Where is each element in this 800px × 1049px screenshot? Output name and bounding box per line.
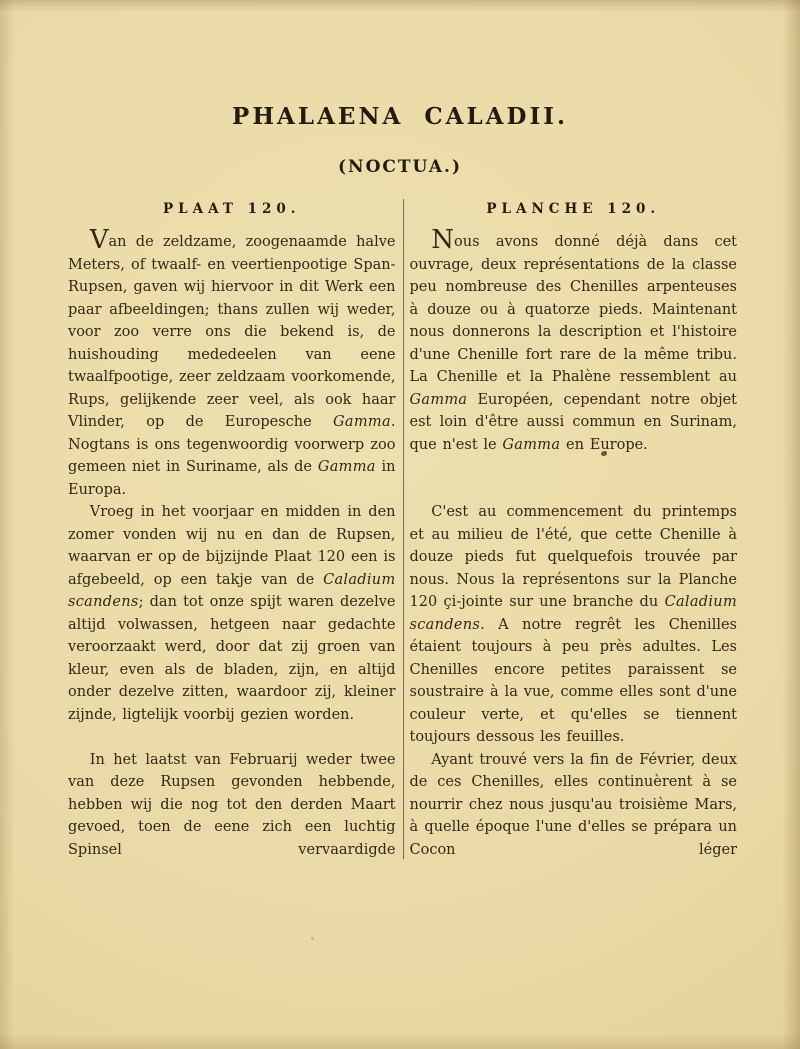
ink-speck — [311, 937, 314, 940]
dutch-paragraph-1: Van de zeldzame, zoogenaamde halve Meter… — [68, 231, 396, 501]
french-paragraph-2: C'est au commencement du printemps et au… — [410, 501, 738, 749]
book-page: PHALAENA CALADII. (NOCTUA.) PLAAT 120. P… — [0, 0, 800, 1049]
dutch-paragraph-2: Vroeg in het voorjaar en midden in den z… — [68, 501, 396, 749]
page-subtitle: (NOCTUA.) — [0, 157, 800, 177]
french-column-heading: PLANCHE 120. — [410, 201, 738, 217]
french-paragraph-1: Nous avons donné déjà dans cet ouvrage, … — [410, 231, 738, 501]
column-divider — [403, 199, 405, 859]
page-header: PHALAENA CALADII. (NOCTUA.) — [0, 0, 800, 177]
dutch-paragraph-3: In het laatst van Februarij weder twee v… — [68, 749, 396, 862]
french-paragraph-3: Ayant trouvé vers la fin de Février, deu… — [410, 749, 738, 862]
dutch-column-heading: PLAAT 120. — [68, 201, 396, 217]
two-column-layout: PLAAT 120. PLANCHE 120. Van de zeldzame,… — [68, 201, 737, 861]
page-title: PHALAENA CALADII. — [0, 103, 800, 130]
